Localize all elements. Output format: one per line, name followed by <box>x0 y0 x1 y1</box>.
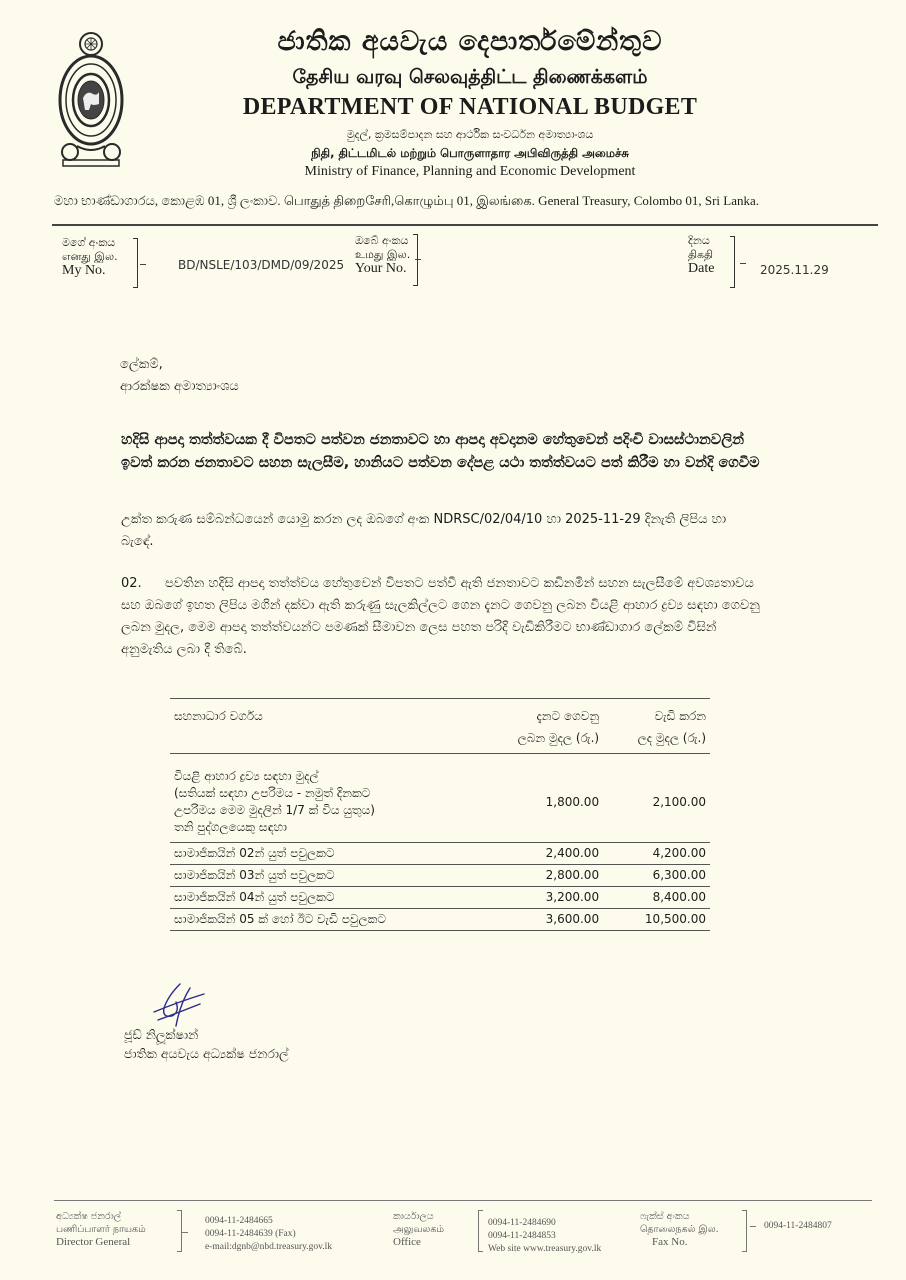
my-no-label: මගේ අංකය எனது இல. My No. <box>62 236 118 278</box>
row-increased-amount: 6,300.00 <box>603 865 710 887</box>
your-no-dash <box>415 259 421 260</box>
fax-label-si: ෆැක්ස් අංකය <box>640 1210 719 1223</box>
office-phone-1: 0094-11-2484690 <box>488 1217 601 1230</box>
your-no-label-si: ඔබේ අංකය <box>355 234 410 248</box>
paragraph-1: උක්ත කරුණ සම්බන්ධයෙන් යොමු කරන ලද ඔබගේ අ… <box>121 509 761 553</box>
my-no-label-ta: எனது இல. <box>62 250 118 264</box>
letter-subject: හදිසි ආපදා තත්ත්වයක දී විපතට පත්වන ජනතාව… <box>121 429 761 475</box>
ministry-name-sinhala: මුදල්, ක්‍රමසම්පාදන සහ ආර්ථික සංවර්ධන අම… <box>170 128 770 142</box>
row-category: සාමාජිකයින් 04න් යුත් පවුලකට <box>170 887 478 909</box>
footer-office-label: කාර්යාලය அலுவலகம் Office <box>393 1210 444 1249</box>
ministry-name-english: Ministry of Finance, Planning and Econom… <box>170 164 770 180</box>
table-row: සාමාජිකයින් 03න් යුත් පවුලකට 2,800.00 6,… <box>170 865 710 887</box>
department-title-english: DEPARTMENT OF NATIONAL BUDGET <box>170 94 770 121</box>
row-category: සාමාජිකයින් 02න් යුත් පවුලකට <box>170 843 478 865</box>
dg-label-en: Director General <box>56 1236 146 1249</box>
header-divider <box>52 224 878 226</box>
row-current-amount: 2,400.00 <box>478 843 603 865</box>
footer-divider <box>54 1200 872 1201</box>
addressee-title: ලේකම්, <box>120 354 239 376</box>
office-phone-2: 0094-11-2484853 <box>488 1230 601 1243</box>
row-category: සාමාජිකයින් 05 ක් හෝ ඊට වැඩි පවුලකට <box>170 909 478 931</box>
row-increased-amount: 10,500.00 <box>603 909 710 931</box>
row-category: වියළි ආහාර ද්‍රව්‍ය සඳහා මුදල් (සතියක් ස… <box>170 754 478 843</box>
signature-icon <box>150 982 210 1032</box>
office-bracket <box>478 1210 483 1252</box>
office-label-ta: அலுவலகம் <box>393 1223 444 1236</box>
government-emblem-icon <box>57 28 125 168</box>
my-no-dash <box>140 264 146 265</box>
fax-value: 0094-11-2484807 <box>764 1220 832 1233</box>
paragraph-2: 02.පවතින හදිසි ආපදා තත්ත්වය හේතුවෙන් විප… <box>121 573 761 661</box>
header-current-amount: දැනට ගෙවනු ලබන මුදල (රු.) <box>478 699 603 754</box>
date-dash <box>740 263 746 264</box>
header-increased-amount: වැඩි කරන ලද මුදල (රු.) <box>603 699 710 754</box>
header-category: සහනාධාර වර්ගය <box>170 699 478 754</box>
dg-label-ta: பணிப்பாளர் நாயகம் <box>56 1223 146 1236</box>
office-website[interactable]: Web site www.treasury.gov.lk <box>488 1243 601 1256</box>
row-current-amount: 2,800.00 <box>478 865 603 887</box>
row-increased-amount: 2,100.00 <box>603 754 710 843</box>
row-increased-amount: 8,400.00 <box>603 887 710 909</box>
date-bracket <box>730 236 735 288</box>
date-label-en: Date <box>688 262 714 276</box>
department-title-sinhala: ජාතික අයවැය දෙපාර්තමේන්තුව <box>170 26 770 58</box>
your-no-label-en: Your No. <box>355 262 410 276</box>
my-no-label-en: My No. <box>62 264 118 278</box>
footer-director-general-label: අධ්‍යක්ෂ ජනරාල් பணிப்பாளர் நாயகம் Direct… <box>56 1210 146 1249</box>
date-label-si: දිනය <box>688 234 714 248</box>
row-current-amount: 3,200.00 <box>478 887 603 909</box>
treasury-address: මහා භාණ්ඩාගාරය, කොළඹ 01, ශ්‍රී ලංකාව. பொ… <box>54 193 884 210</box>
ministry-name-tamil: நிதி, திட்டமிடல் மற்றும் பொருளாதார அபிவி… <box>170 146 770 162</box>
dg-email[interactable]: e-mail:dgnb@nbd.treasury.gov.lk <box>205 1241 332 1254</box>
footer-office-contacts: 0094-11-2484690 0094-11-2484853 Web site… <box>488 1217 601 1256</box>
dg-bracket <box>177 1210 182 1252</box>
fax-dash <box>750 1226 756 1227</box>
office-label-en: Office <box>393 1236 444 1249</box>
table-row: සාමාජිකයින් 04න් යුත් පවුලකට 3,200.00 8,… <box>170 887 710 909</box>
footer-dg-contacts: 0094-11-2484665 0094-11-2484639 (Fax) e-… <box>205 1215 332 1254</box>
your-no-label-ta: உமது இல. <box>355 248 410 262</box>
footer-fax-label: ෆැක්ස් අංකය தொலைநகல் இல. Fax No. <box>640 1210 719 1249</box>
my-no-bracket <box>133 238 138 288</box>
date-value: 2025.11.29 <box>760 263 829 277</box>
table-row: සාමාජිකයින් 05 ක් හෝ ඊට වැඩි පවුලකට 3,60… <box>170 909 710 931</box>
row-current-amount: 3,600.00 <box>478 909 603 931</box>
fax-label-ta: தொலைநகல் இல. <box>640 1223 719 1236</box>
paragraph-2-text: පවතින හදිසි ආපදා තත්ත්වය හේතුවෙන් විපතට … <box>121 576 760 657</box>
fax-bracket <box>742 1210 747 1252</box>
row-current-amount: 1,800.00 <box>478 754 603 843</box>
row-category: සාමාජිකයින් 03න් යුත් පවුලකට <box>170 865 478 887</box>
table-header-row: සහනාධාර වර්ගය දැනට ගෙවනු ලබන මුදල (රු.) … <box>170 699 710 754</box>
your-no-label: ඔබේ අංකය உமது இல. Your No. <box>355 234 410 276</box>
table-row: සාමාජිකයින් 02න් යුත් පවුලකට 2,400.00 4,… <box>170 843 710 865</box>
date-label-ta: திகதி <box>688 248 714 262</box>
dg-fax: 0094-11-2484639 (Fax) <box>205 1228 332 1241</box>
signer-name: ජූඩ් නිලූක්ෂාන් <box>124 1027 198 1043</box>
department-title-tamil: தேசிய வரவு செலவுத்திட்ட திணைக்களம் <box>170 66 770 91</box>
paragraph-2-number: 02. <box>121 573 165 595</box>
dg-dash <box>182 1232 188 1233</box>
my-no-label-si: මගේ අංකය <box>62 236 118 250</box>
office-label-si: කාර්යාලය <box>393 1210 444 1223</box>
addressee: ලේකම්, ආරක්ෂක අමාත්‍යාංශය <box>120 354 239 398</box>
row-increased-amount: 4,200.00 <box>603 843 710 865</box>
dg-phone: 0094-11-2484665 <box>205 1215 332 1228</box>
signer-title: ජාතික අයවැය අධ්‍යක්ෂ ජනරාල් <box>124 1046 289 1062</box>
fax-label-en: Fax No. <box>640 1236 719 1249</box>
dg-label-si: අධ්‍යක්ෂ ජනරාල් <box>56 1210 146 1223</box>
addressee-ministry: ආරක්ෂක අමාත්‍යාංශය <box>120 376 239 398</box>
my-no-value: BD/NSLE/103/DMD/09/2025 <box>178 258 344 272</box>
table-row: වියළි ආහාර ද්‍රව්‍ය සඳහා මුදල් (සතියක් ස… <box>170 754 710 843</box>
relief-rates-table: සහනාධාර වර්ගය දැනට ගෙවනු ලබන මුදල (රු.) … <box>170 698 710 931</box>
date-label: දිනය திகதி Date <box>688 234 714 276</box>
